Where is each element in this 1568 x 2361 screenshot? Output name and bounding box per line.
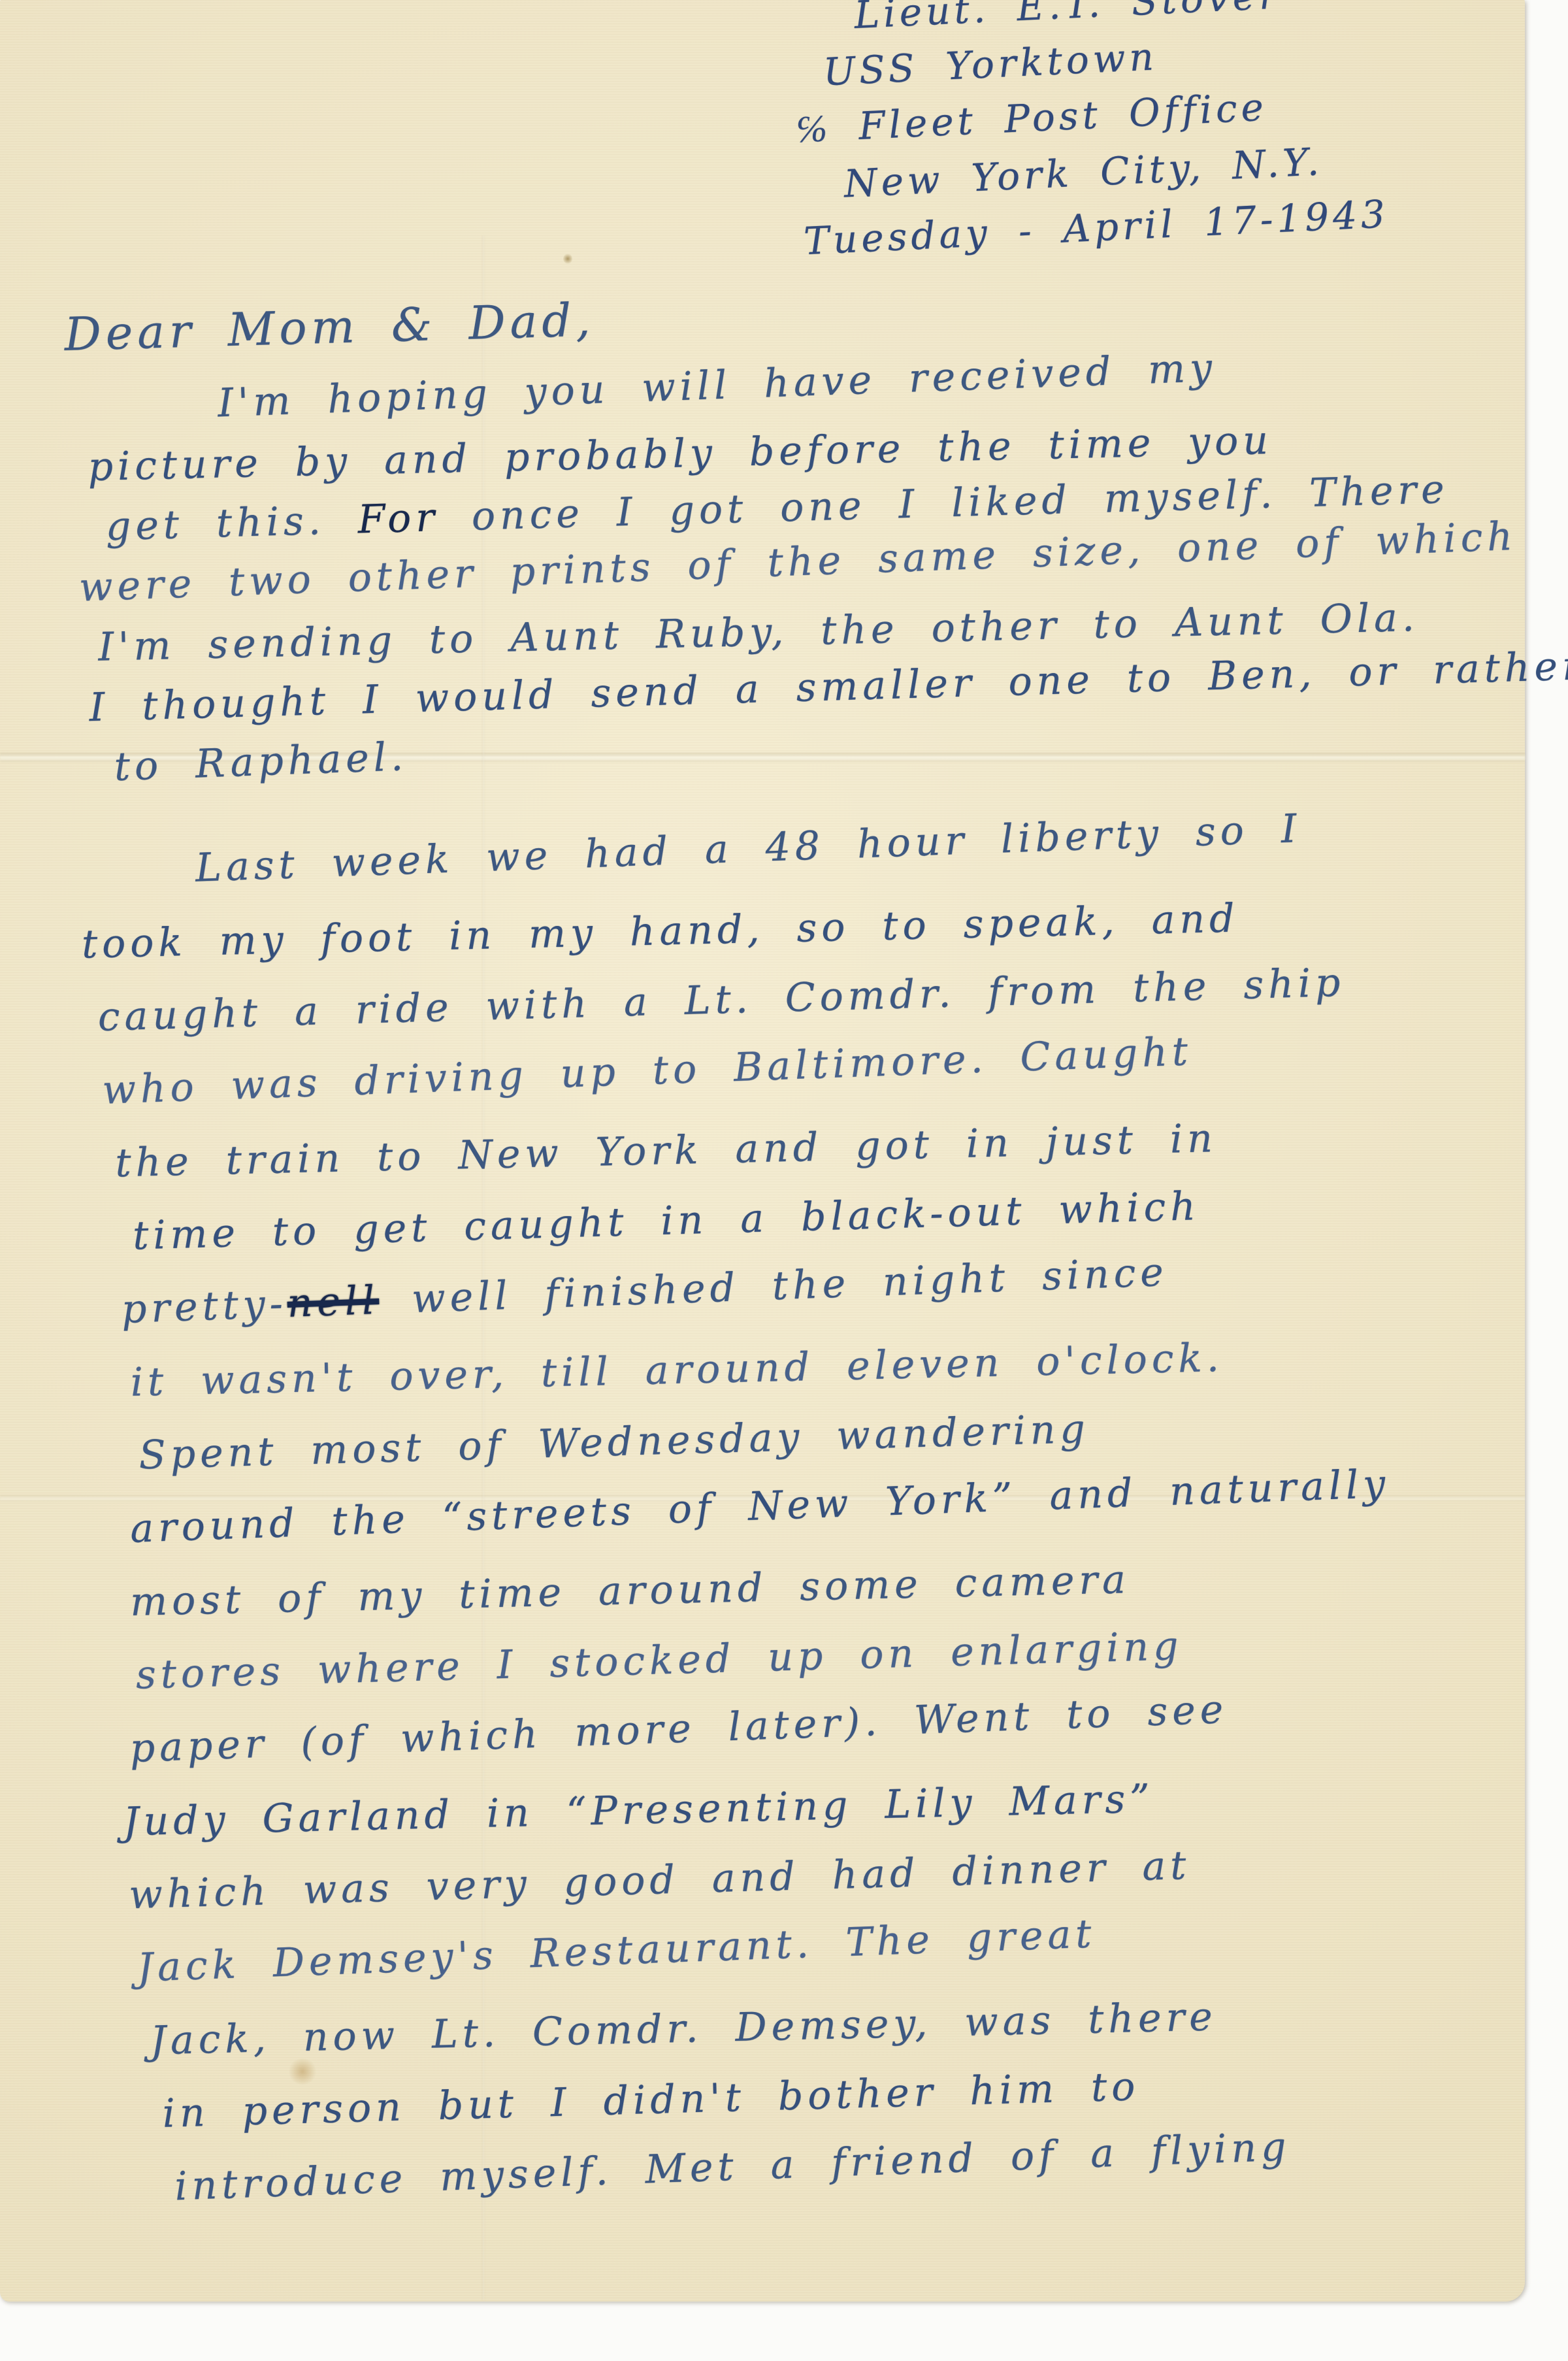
scanned-letter-page: Lieut. E.T. Stover USS Yorktown ℅ Fleet …: [0, 0, 1568, 2361]
paragraph-1: I'm hoping you will have received my pic…: [65, 337, 1545, 799]
letter-line-segment: get this.: [105, 497, 359, 550]
letter-content: Lieut. E.T. Stover USS Yorktown ℅ Fleet …: [0, 0, 1568, 2226]
overwritten-word: For: [357, 495, 440, 542]
paragraph-2: Last week we had a 48 hour liberty so I …: [78, 794, 1568, 2225]
letter-line-segment: pretty-: [121, 1281, 288, 1332]
struck-out-word: nell: [286, 1278, 380, 1327]
letter-paper: Lieut. E.T. Stover USS Yorktown ℅ Fleet …: [0, 0, 1525, 2302]
sender-address-block: Lieut. E.T. Stover USS Yorktown ℅ Fleet …: [792, 0, 1531, 269]
letter-line-segment: well finished the night since: [378, 1249, 1169, 1323]
